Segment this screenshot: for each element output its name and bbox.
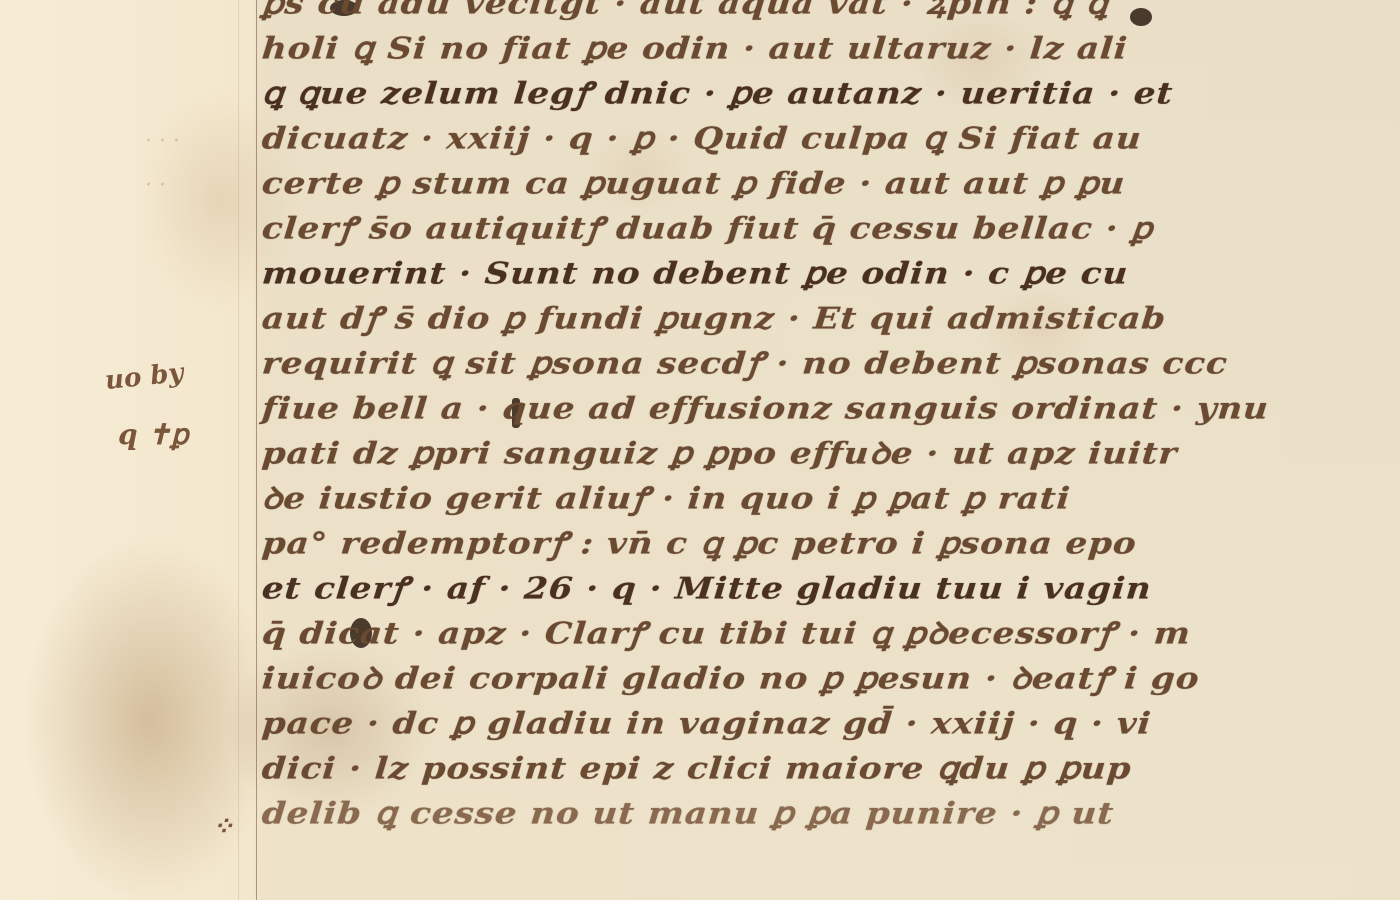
manuscript-line: q̄ dicat · apz · Clarꝭ cu tibi tui ꝗ ꝑꝺe… — [260, 615, 1400, 655]
manuscript-line: ꝺe iustio gerit aliuꝭ · in quo i ꝑ ꝑat ꝑ… — [260, 480, 1400, 520]
faint-offset-text: · · · · · — [145, 120, 180, 208]
manuscript-line: delib ꝗ cesse no ut manu ꝑ ꝑa punire · ꝑ… — [260, 795, 1400, 835]
manuscript-line: ꝑs cu adu vecitgt · aut aqua vat · ꝝpln … — [260, 0, 1400, 24]
manuscript-line: pace · dc ꝑ gladiu in vaginaz gd̄ · xxii… — [260, 705, 1400, 745]
manuscript-line: fiue bell a · que ad effusionz sanguis o… — [260, 390, 1400, 430]
manuscript-line: mouerint · Sunt no debent ꝑe odin · c ꝑe… — [260, 255, 1400, 295]
manuscript-line: aut dꝭ s̄ dio ꝑ fundi ꝑugnz · Et qui adm… — [260, 300, 1400, 340]
manuscript-text-block: ꝑs cu adu vecitgt · aut aqua vat · ꝝpln … — [262, 0, 1400, 837]
margin-ruling-line — [256, 0, 257, 900]
faint-ruling-line — [238, 0, 239, 900]
margin-note-3: ⁘ — [212, 812, 234, 842]
faint-offset-line: · · · — [145, 120, 180, 164]
faint-offset-line: · · — [145, 164, 180, 208]
manuscript-line: dicuatz · xxiij · q · ꝑ · Quid culpa ꝗ S… — [260, 120, 1400, 160]
manuscript-line: pati dz ꝑpri sanguiz ꝑ ꝑpo effuꝺe · ut a… — [260, 435, 1400, 475]
margin-note-2: q ✝ꝑ — [118, 418, 189, 451]
manuscript-line: ꝗ ꝗue zelum legꝭ dnic · ꝑe autanz · ueri… — [260, 75, 1400, 115]
manuscript-line: pa° redemptorꝭ : vn̄ c ꝗ ꝑc petro i ꝑson… — [260, 525, 1400, 565]
manuscript-line: clerꝭ s̄o autiquitꝭ duab fiut q̄ cessu b… — [260, 210, 1400, 250]
manuscript-line: requirit ꝗ sit ꝑsona secdꝭ · no debent ꝑ… — [260, 345, 1400, 385]
manuscript-line: certe ꝑ stum ca ꝑuguat ꝑ fide · aut aut … — [260, 165, 1400, 205]
manuscript-line: dici · lz possint epi z clici maiore ꝗdu… — [260, 750, 1400, 790]
manuscript-line: et clerꝭ · af · 26 · q · Mitte gladiu tu… — [260, 570, 1400, 610]
manuscript-line: holi ꝗ Si no fiat ꝑe odin · aut ultaruz … — [260, 30, 1400, 70]
manuscript-line: iuicoꝺ dei corpali gladio no ꝑ ꝑesun · ꝺ… — [260, 660, 1400, 700]
